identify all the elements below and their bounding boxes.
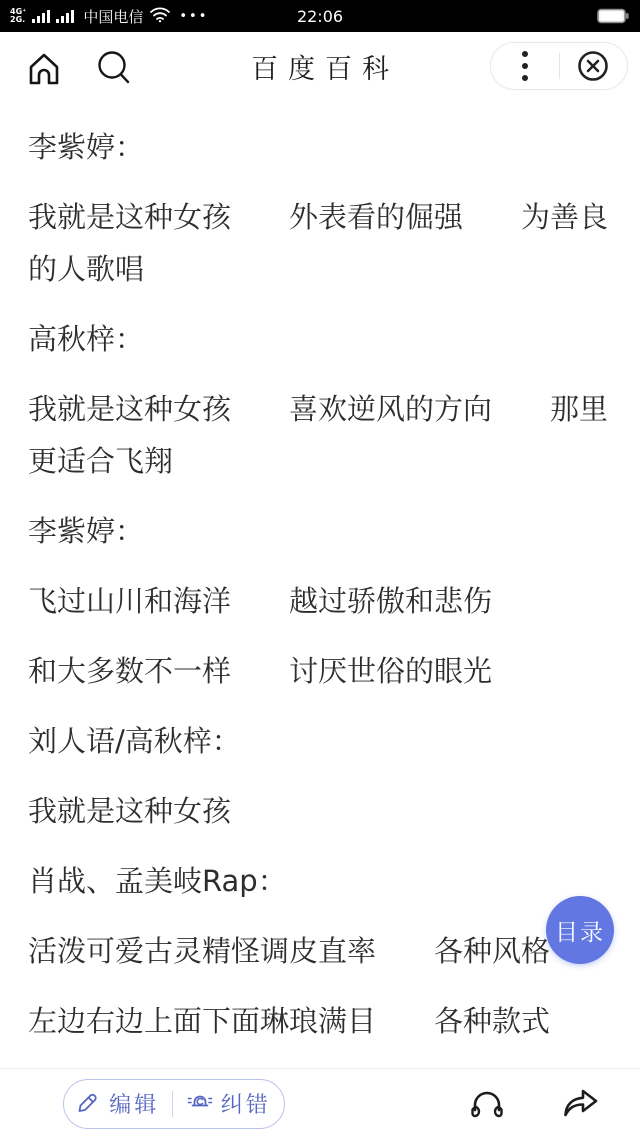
report-error-button[interactable]: 纠错 — [187, 1088, 271, 1119]
share-icon[interactable] — [562, 1087, 600, 1121]
speaker-label: 刘人语/高秋梓： — [28, 715, 622, 767]
speaker-label: 李紫婷： — [28, 505, 622, 557]
lyric-line: 我就是这种女孩 — [28, 785, 622, 837]
more-menu-icon[interactable] — [491, 43, 559, 89]
lyric-line: 活泼可爱古灵精怪调皮直率 各种风格 — [28, 925, 622, 977]
miniprogram-capsule — [490, 42, 628, 90]
lyric-line: 左边右边上面下面琳琅满目 各种款式 — [28, 995, 622, 1047]
status-bar: 4G⁺ 2G. 中国电信 ••• 22:06 — [0, 0, 640, 32]
bottom-toolbar: 编辑 纠错 — [0, 1068, 640, 1138]
nav-bar: 百度百科 — [0, 32, 640, 100]
lyric-line: 和大多数不一样 讨厌世俗的眼光 — [28, 645, 622, 697]
close-icon[interactable] — [560, 43, 628, 89]
edit-label: 编辑 — [109, 1088, 159, 1119]
lyrics-content: 李紫婷： 我就是这种女孩 外表看的倔强 为善良的人歌唱 高秋梓： 我就是这种女孩… — [0, 100, 640, 1065]
lyric-line: 飞过山川和海洋 越过骄傲和悲伤 — [28, 575, 622, 627]
lyric-line: 我就是这种女孩 喜欢逆风的方向 那里更适合飞翔 — [28, 383, 622, 487]
speaker-label: 高秋梓： — [28, 313, 622, 365]
edit-pill: 编辑 纠错 — [63, 1079, 285, 1129]
speaker-label: 肖战、孟美岐Rap： — [28, 855, 622, 907]
edit-button[interactable]: 编辑 — [77, 1088, 159, 1119]
toc-floating-button[interactable]: 目录 — [546, 896, 614, 964]
toolbar-right-icons — [468, 1086, 640, 1122]
battery-icon — [596, 7, 630, 25]
siren-icon — [187, 1089, 213, 1119]
pill-divider — [172, 1091, 173, 1117]
pen-icon — [77, 1089, 101, 1119]
report-error-label: 纠错 — [221, 1088, 271, 1119]
screen: 4G⁺ 2G. 中国电信 ••• 22:06 — [0, 0, 640, 1138]
lyric-line: 我就是这种女孩 外表看的倔强 为善良的人歌唱 — [28, 191, 622, 295]
speaker-label: 李紫婷： — [28, 121, 622, 173]
clock: 22:06 — [0, 7, 640, 26]
headphones-icon[interactable] — [468, 1086, 506, 1122]
